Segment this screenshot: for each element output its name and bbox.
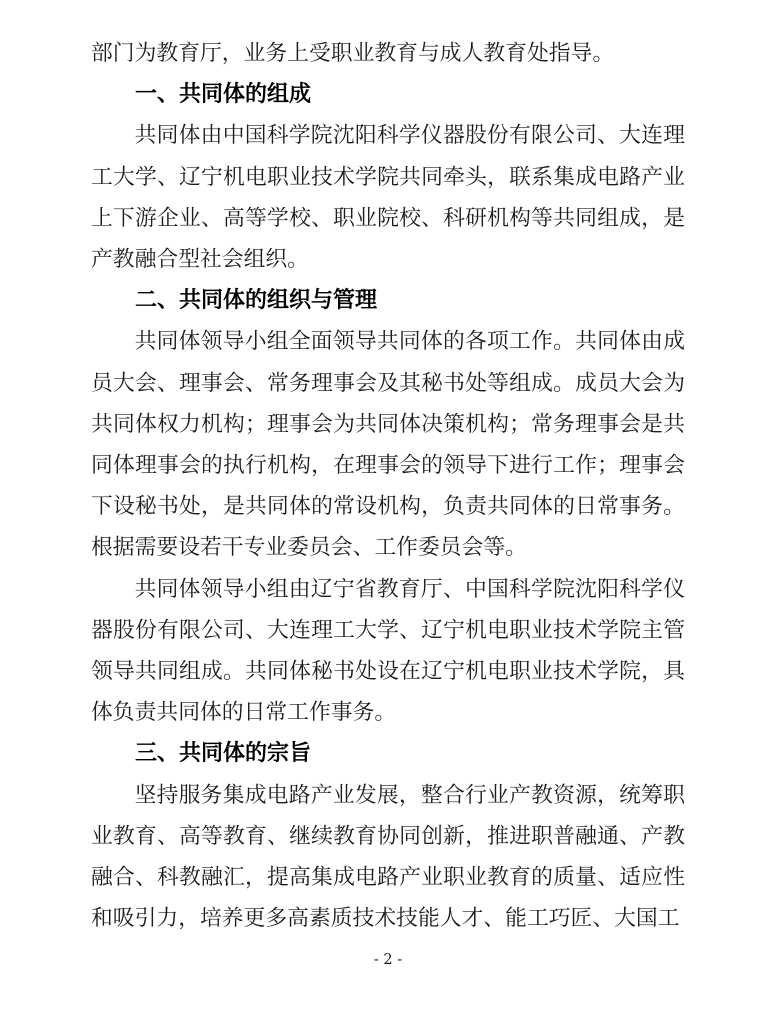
paragraph-section-1: 共同体由中国科学院沈阳科学仪器股份有限公司、大连理工大学、辽宁机电职业技术学院共… bbox=[91, 115, 685, 280]
page-number: - 2 - bbox=[0, 952, 776, 968]
document-body: 部门为教育厅，业务上受职业教育与成人教育处指导。 一、共同体的组成 共同体由中国… bbox=[91, 33, 685, 939]
document-page: 部门为教育厅，业务上受职业教育与成人教育处指导。 一、共同体的组成 共同体由中国… bbox=[0, 0, 776, 1033]
paragraph-section-2a: 共同体领导小组全面领导共同体的各项工作。共同体由成员大会、理事会、常务理事会及其… bbox=[91, 321, 685, 568]
paragraph-section-3: 坚持服务集成电路产业发展，整合行业产教资源，统筹职业教育、高等教育、继续教育协同… bbox=[91, 775, 685, 940]
paragraph-continuation: 部门为教育厅，业务上受职业教育与成人教育处指导。 bbox=[91, 33, 685, 74]
paragraph-section-2b: 共同体领导小组由辽宁省教育厅、中国科学院沈阳科学仪器股份有限公司、大连理工大学、… bbox=[91, 569, 685, 734]
section-heading-2: 二、共同体的组织与管理 bbox=[91, 280, 685, 321]
section-heading-1: 一、共同体的组成 bbox=[91, 74, 685, 115]
section-heading-3: 三、共同体的宗旨 bbox=[91, 733, 685, 774]
